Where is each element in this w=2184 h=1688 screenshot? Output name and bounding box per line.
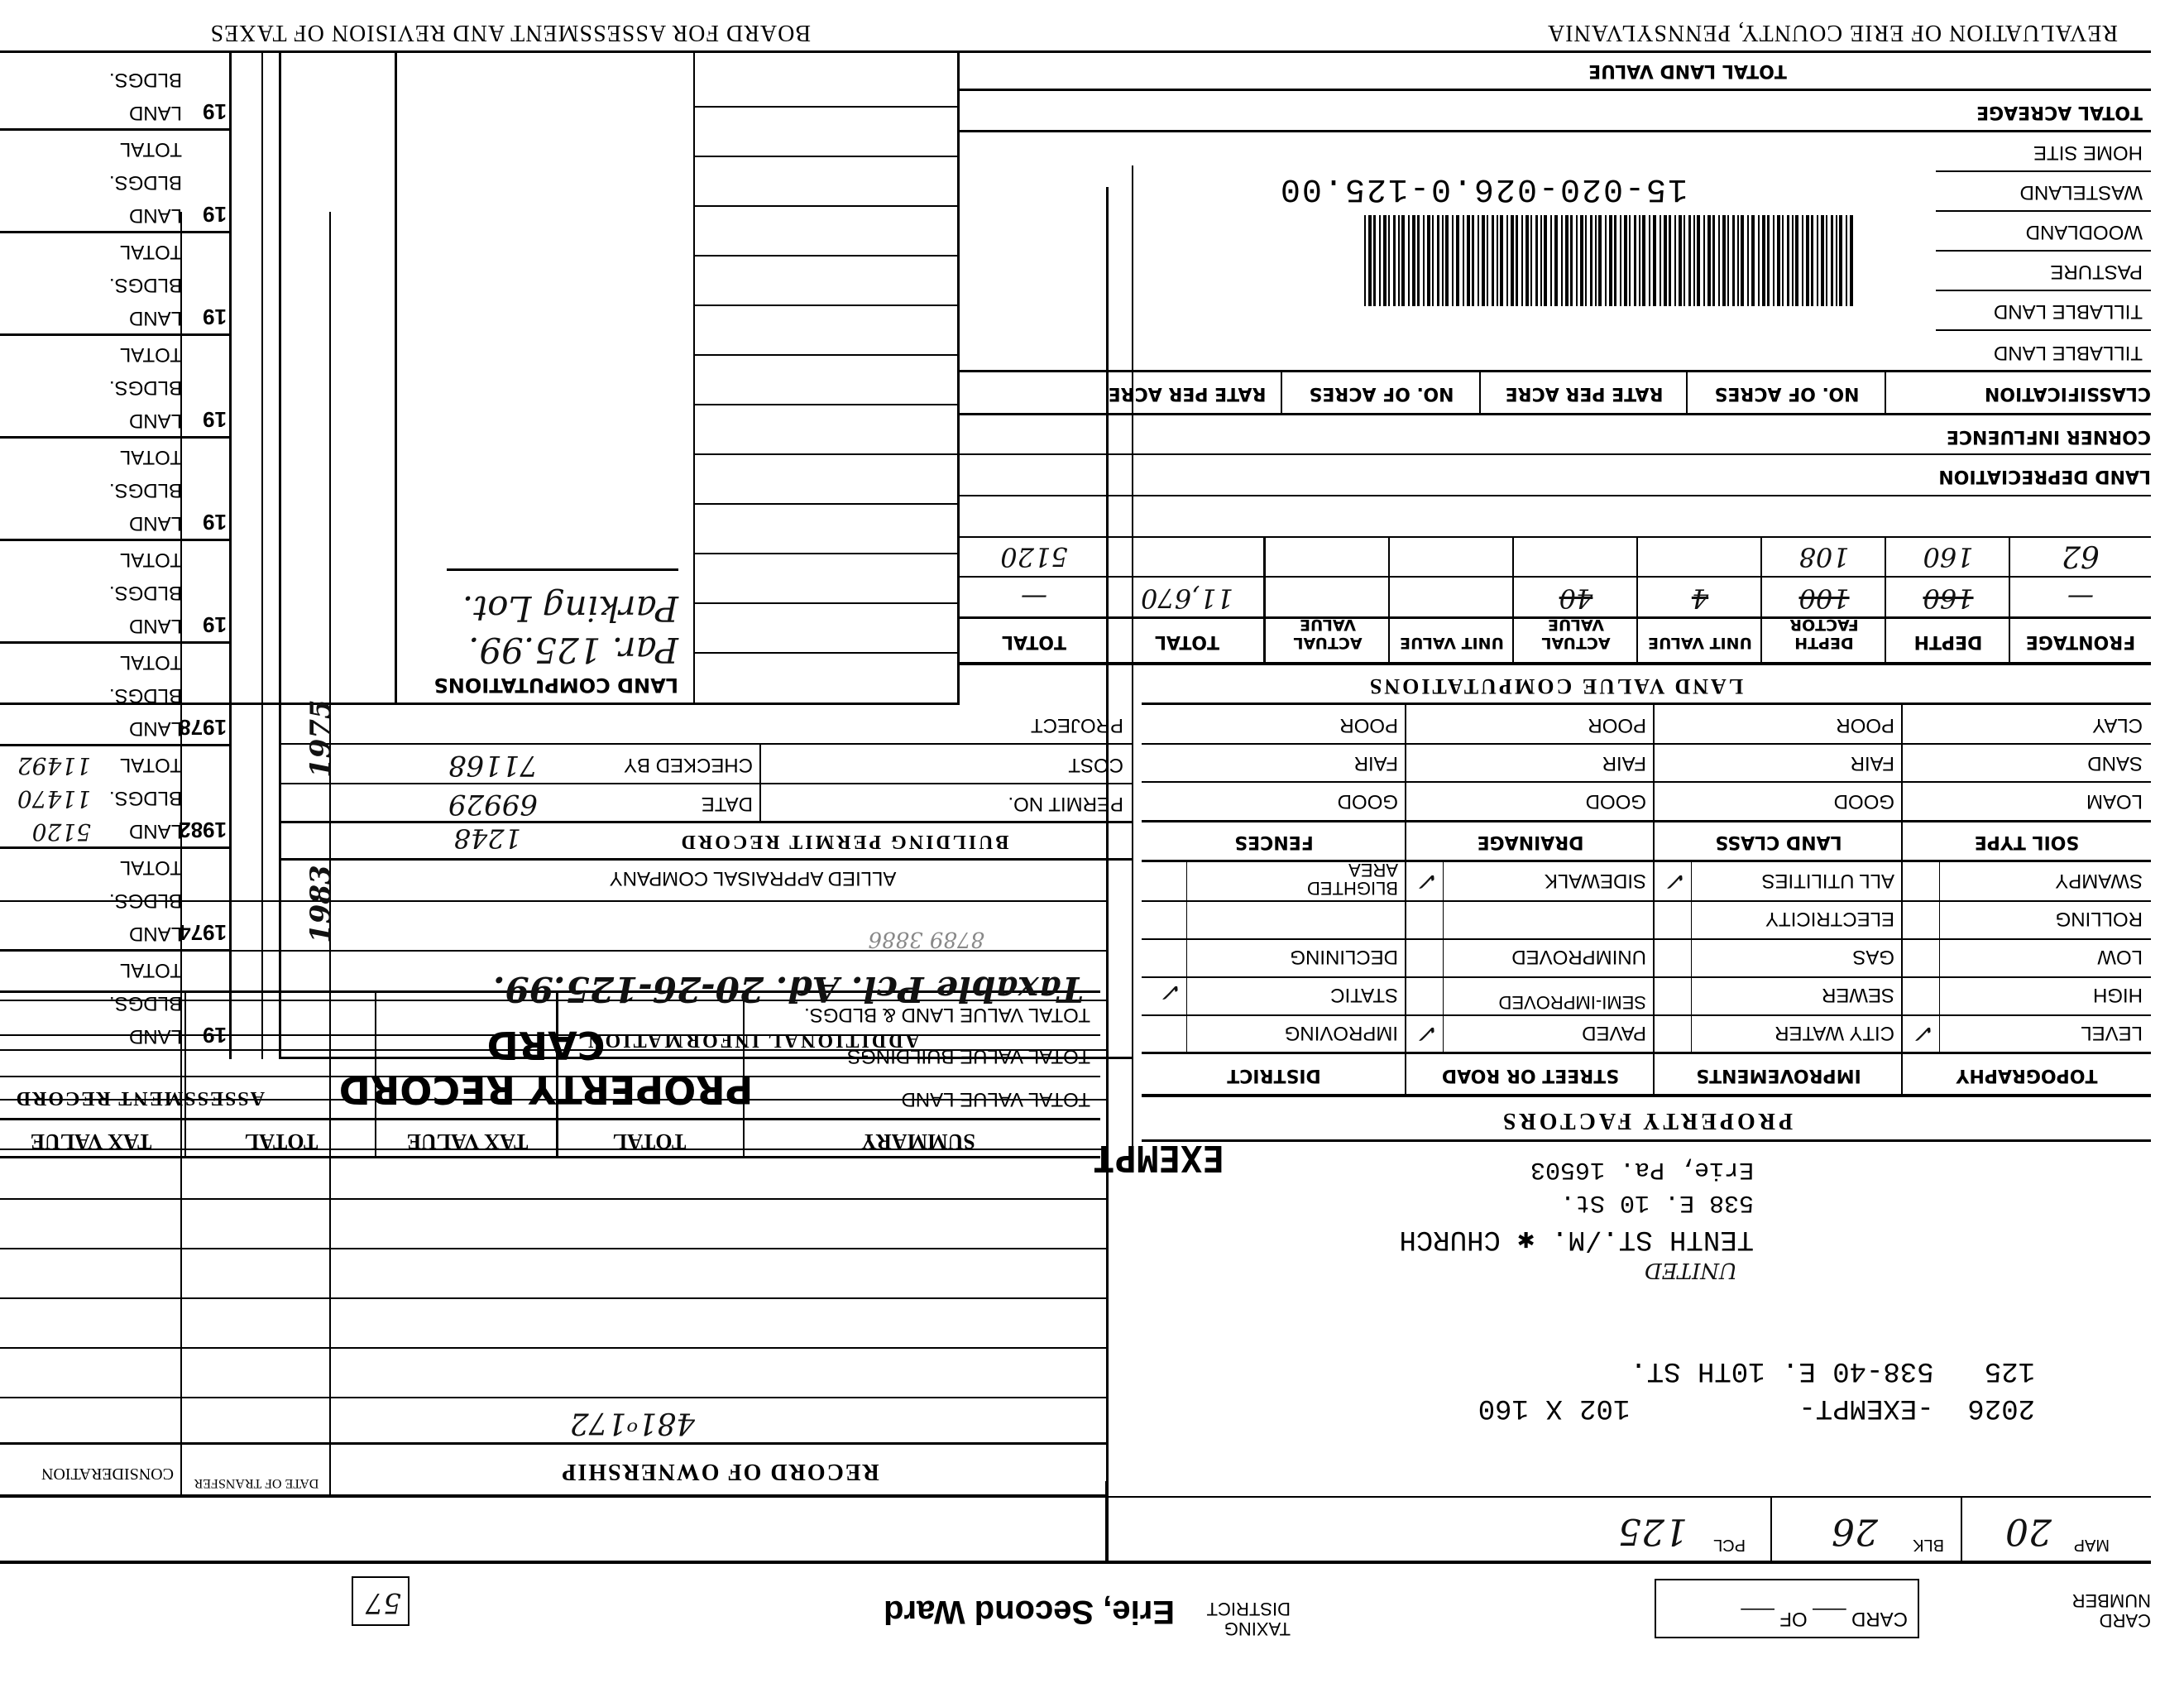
parcel-ref-row: MAP 20 BLK 26 PCL 125 xyxy=(1133,1498,2151,1561)
pf-soil-loam: LOAM xyxy=(2086,789,2143,813)
assessment-label-bldgs: BLDGS. xyxy=(109,376,182,399)
pf-topo-swampy: SWAMPY xyxy=(2055,869,2143,892)
pf-drainage-fair: FAIR xyxy=(1602,751,1646,774)
pf-district-blighted: BLIGHTED AREA xyxy=(1266,861,1398,897)
pf-topo-high: HIGH xyxy=(2093,983,2143,1006)
date-of-transfer-label: DATE OF TRANSFER xyxy=(186,1475,327,1491)
additional-info-title: ADDITIONAL INFORMATION xyxy=(397,1029,1109,1051)
pf-imp-electricity: ELECTRICITY xyxy=(1765,907,1894,930)
owner-name: TENTH ST./M. ✱ CHURCH xyxy=(1399,1223,1754,1258)
pf-street-sidewalk: SIDEWALK xyxy=(1545,869,1646,892)
assessment-year-group: 19 LAND BLDGS. TOTAL xyxy=(0,336,232,435)
summary-title: SUMMARY xyxy=(745,1129,1092,1153)
summary-row-land: TOTAL VALUE LAND xyxy=(901,1087,1090,1110)
pf-header-street: STREET OR ROAD xyxy=(1406,1065,1655,1086)
owner-line-1: 2026 -EXEMPT- 102 X 160 xyxy=(1478,1392,2035,1423)
assessment-label-land: LAND xyxy=(129,717,182,740)
lv-r2-depth: 160 xyxy=(1886,541,2010,573)
classification-label: CLASSIFICATION xyxy=(1985,383,2151,404)
lc-row-home-site: HOME SITE xyxy=(2033,141,2143,164)
lv-col-total-2: TOTAL xyxy=(960,631,1109,652)
lv-col-actual-value-2: ACTUAL VALUE xyxy=(1266,616,1390,652)
pf-drainage-good: GOOD xyxy=(1586,789,1646,813)
lv-col-depth-factor: DEPTH FACTOR xyxy=(1762,616,1886,652)
pf-district-declining: DECLINING xyxy=(1290,945,1398,968)
assessment-label-land: LAND xyxy=(129,409,182,432)
land-computations-box: LAND COMPUTATIONS Par. 125.99. Parking L… xyxy=(331,513,695,703)
lc-col-acres-1: NO. OF ACRES xyxy=(1688,383,1886,404)
lc-col-rate-2: RATE PER ACRE xyxy=(1092,383,1282,404)
assessment-bldgs-value: 11470 xyxy=(17,785,91,813)
assessment-year-group: 1974 LAND BLDGS. TOTAL xyxy=(0,849,232,948)
assessment-label-land: LAND xyxy=(129,511,182,535)
additional-info-note: Taxable Pcl. Ad. 20-26-125.99. xyxy=(493,969,1084,1009)
taxing-district-label: TAXING DISTRICT xyxy=(1166,1599,1291,1638)
blk-label: BLK xyxy=(1913,1535,1944,1554)
pf-landclass-fair: FAIR xyxy=(1851,751,1894,774)
assessment-land-value: 5120 xyxy=(32,818,91,846)
summary-col-total-2: TOTAL xyxy=(190,1129,372,1153)
assessment-label-total: TOTAL xyxy=(120,548,182,571)
assessment-year-group: 19 LAND BLDGS. xyxy=(0,53,232,127)
district-code-box: 57 xyxy=(352,1576,409,1626)
assessment-label-land: LAND xyxy=(129,614,182,637)
pf-landclass-good: GOOD xyxy=(1834,789,1894,813)
lv-r1-unit-value: 4 xyxy=(1638,583,1762,614)
date-label: DATE xyxy=(702,792,753,815)
checked-by-label: CHECKED BY xyxy=(624,753,753,776)
map-label: MAP xyxy=(2074,1535,2110,1554)
project-label: PROJECT xyxy=(1031,713,1123,736)
permit-value: 1248 xyxy=(454,822,521,854)
assessment-label-bldgs: BLDGS. xyxy=(109,786,182,809)
owner-handwritten-note: UNITED xyxy=(1645,1258,1737,1283)
lc-row-woodland: WOODLAND xyxy=(2026,220,2143,243)
owner-line-2: 125 538-40 E. 10TH ST. xyxy=(1630,1355,2035,1386)
card-title-block: PROPERTY RECORD CARD xyxy=(281,1059,811,1117)
building-permit-title: BUILDING PERMIT RECORD xyxy=(579,830,1109,852)
assessment-label-bldgs: BLDGS. xyxy=(109,273,182,296)
assessment-label-land: LAND xyxy=(129,101,182,124)
check-sidewalk: ✓ xyxy=(1419,866,1439,895)
assessment-year-group: 1982 LAND 5120 BLDGS. 11470 TOTAL 11492 xyxy=(0,746,232,846)
pf-header-improvements: IMPROVEMENTS xyxy=(1655,1065,1903,1086)
pf-header-fences: FENCES xyxy=(1142,832,1406,852)
map-value: 20 xyxy=(2005,1510,2052,1552)
assessment-label-total: TOTAL xyxy=(120,343,182,366)
assessment-label-bldgs: BLDGS. xyxy=(109,170,182,194)
assessment-label-land: LAND xyxy=(129,1024,182,1048)
check-level: ✓ xyxy=(1915,1019,1936,1048)
assessment-year: 19 xyxy=(203,611,227,637)
pf-header-soil-type: SOIL TYPE xyxy=(1903,832,2151,852)
property-record-card: CARD NUMBER CARD ___ OF ___ TAXING DISTR… xyxy=(0,0,2184,1688)
corner-influence-label: CORNER INFLUENCE xyxy=(1947,426,2151,447)
ownership-entry: 481ᵒ172 xyxy=(570,1406,695,1440)
pf-landclass-poor: POOR xyxy=(1836,713,1894,736)
lv-r1-depth-factor: 100 xyxy=(1762,583,1886,614)
cost-label: COST xyxy=(1068,753,1123,776)
date-value: 69929 xyxy=(448,788,538,821)
lc-row-wasteland: WASTELAND xyxy=(2020,180,2143,204)
blk-value: 26 xyxy=(1832,1510,1878,1552)
land-depreciation-label: LAND DEPRECIATION xyxy=(1938,466,2151,487)
exempt-stamp: EXEMPT xyxy=(1093,1137,1224,1179)
assessment-year-group: 19 LAND BLDGS. TOTAL xyxy=(0,131,232,230)
lv-r2-total-2: 5120 xyxy=(960,541,1109,573)
pf-header-district: DISTRICT xyxy=(1142,1065,1406,1086)
property-factors-title: PROPERTY FACTORS xyxy=(1142,1107,2151,1134)
assessment-side-mark-1975: 1975 xyxy=(304,699,338,778)
total-land-value-label: TOTAL LAND VALUE xyxy=(1439,60,1936,81)
assessment-label-land: LAND xyxy=(129,819,182,842)
assessment-year-group: 19 LAND BLDGS. TOTAL xyxy=(0,233,232,333)
pf-fences-poor: POOR xyxy=(1339,713,1398,736)
pf-topo-rolling: ROLLING xyxy=(2056,907,2143,930)
assessment-label-land: LAND xyxy=(129,204,182,227)
pf-soil-sand: SAND xyxy=(2087,751,2143,774)
lv-r2-frontage: 62 xyxy=(2010,539,2151,573)
assessment-year: 19 xyxy=(203,304,227,329)
pf-street-semi-improved: SEMI-IMPROVED xyxy=(1497,993,1646,1011)
pf-soil-clay: CLAY xyxy=(2092,713,2143,736)
pf-street-unimproved: UNIMPROVED xyxy=(1511,945,1646,968)
assessment-label-land: LAND xyxy=(129,306,182,329)
revaluation-title: REVALUATION OF ERIE COUNTY, PENNSYLVANIA xyxy=(1547,19,2118,46)
assessment-year-group: 19 LAND BLDGS. TOTAL xyxy=(0,952,232,1051)
consideration-label: CONSIDERATION xyxy=(0,1464,174,1483)
lc-row-pasture: PASTURE xyxy=(2050,260,2143,283)
lv-r1-total-2: — xyxy=(960,583,1109,614)
land-computations-note-2: Parking Lot. xyxy=(462,588,678,629)
land-computations-note-1: Par. 125.99. xyxy=(468,630,678,670)
assessment-year: 19 xyxy=(203,1022,227,1048)
card-of-label: CARD ___ OF ___ xyxy=(1741,1607,1908,1630)
assessment-record-title: ASSESSMENT RECORD xyxy=(15,1086,265,1109)
summary-col-tax-value: TAX VALUE xyxy=(381,1129,554,1153)
assessment-label-total: TOTAL xyxy=(120,650,182,674)
owner-city: Erie, Pa. 16503 xyxy=(1530,1155,1754,1183)
additional-info-faint: 8789 3886 xyxy=(868,927,984,952)
taxing-district-value: Erie, Second Ward xyxy=(884,1593,1175,1630)
assessment-year: 19 xyxy=(203,509,227,535)
pf-topo-level: LEVEL xyxy=(2081,1021,2143,1044)
pf-imp-sewer: SEWER xyxy=(1822,983,1894,1006)
lc-col-acres-2: NO. OF ACRES xyxy=(1282,383,1481,404)
card-of-box: CARD ___ OF ___ xyxy=(1655,1579,1919,1638)
check-all-utilities: ✓ xyxy=(1667,866,1688,895)
summary-col-total: TOTAL xyxy=(563,1129,736,1153)
assessment-year-group: 19 LAND BLDGS. TOTAL xyxy=(0,541,232,640)
lv-col-frontage: FRONTAGE xyxy=(2010,631,2151,652)
assessment-total-value: 11492 xyxy=(17,752,91,779)
lv-r1-frontage: — xyxy=(2010,583,2151,614)
assessment-label-total: TOTAL xyxy=(120,240,182,263)
assessment-label-bldgs: BLDGS. xyxy=(109,581,182,604)
assessment-label-total: TOTAL xyxy=(120,753,182,776)
lv-col-unit-value: UNIT VALUE xyxy=(1638,634,1762,652)
assessment-label-bldgs: BLDGS. xyxy=(109,889,182,912)
lv-r1-actual-value: 40 xyxy=(1514,583,1638,614)
pf-district-static: STATIC xyxy=(1330,983,1398,1006)
check-paved: ✓ xyxy=(1419,1019,1439,1048)
assessment-label-total: TOTAL xyxy=(120,445,182,468)
pf-header-land-class: LAND CLASS xyxy=(1655,832,1903,852)
assessment-label-total: TOTAL xyxy=(120,856,182,879)
assessment-label-bldgs: BLDGS. xyxy=(109,991,182,1014)
pf-imp-all-utilities: ALL UTILITIES xyxy=(1762,869,1895,892)
card-number-label: CARD NUMBER xyxy=(2068,1590,2151,1630)
pcl-value: 125 xyxy=(1618,1510,1688,1552)
pf-district-improving: IMPROVING xyxy=(1285,1021,1398,1044)
assessment-year: 1974 xyxy=(179,919,227,945)
assessment-label-land: LAND xyxy=(129,922,182,945)
lv-r2-depth-factor: 108 xyxy=(1762,541,1886,573)
lc-row-tillable-1: TILLABLE LAND xyxy=(1994,300,2143,323)
pf-fences-fair: FAIR xyxy=(1354,751,1398,774)
checked-by-value: 71168 xyxy=(448,749,538,782)
lv-col-depth: DEPTH xyxy=(1886,631,2010,652)
pf-street-paved: PAVED xyxy=(1582,1021,1646,1044)
pf-topo-low: LOW xyxy=(2097,945,2143,968)
land-value-table: FRONTAGE DEPTH DEPTH FACTOR UNIT VALUE A… xyxy=(960,505,2151,662)
land-computations-title: LAND COMPUTATIONS xyxy=(434,674,679,697)
district-code-value: 57 xyxy=(366,1586,401,1619)
permit-no-label: PERMIT NO. xyxy=(1008,792,1123,815)
assessment-label-bldgs: BLDGS. xyxy=(109,68,182,91)
assessment-year: 1978 xyxy=(179,714,227,740)
board-title: BOARD FOR ASSESSMENT AND REVISION OF TAX… xyxy=(210,19,811,46)
lv-r1-depth: 160 xyxy=(1886,583,2010,614)
lv-col-actual-value: ACTUAL VALUE xyxy=(1514,616,1638,652)
assessment-side-mark-1983: 1983 xyxy=(304,865,338,943)
check-static: ✓ xyxy=(1162,977,1183,1006)
assessment-label-bldgs: BLDGS. xyxy=(109,478,182,501)
lv-r1-total: 11,670 xyxy=(1109,583,1266,614)
pf-imp-city-water: CITY WATER xyxy=(1774,1021,1894,1044)
assessment-label-total: TOTAL xyxy=(120,137,182,161)
owner-address: 538 E. 10 St. xyxy=(1560,1188,1754,1216)
ownership-title: RECORD OF OWNERSHIP xyxy=(331,1458,1109,1484)
appraisal-company: ALLIED APPRAISAL COMPANY xyxy=(397,866,1109,890)
assessment-year: 1982 xyxy=(179,817,227,842)
summary-col-tax-value-2: TAX VALUE xyxy=(0,1129,182,1153)
assessment-label-total: TOTAL xyxy=(120,958,182,981)
lc-row-tillable-2: TILLABLE LAND xyxy=(1994,341,2143,364)
lv-col-unit-value-2: UNIT VALUE xyxy=(1390,634,1514,652)
lv-col-total: TOTAL xyxy=(1109,631,1266,652)
pf-drainage-poor: POOR xyxy=(1588,713,1646,736)
pf-fences-good: GOOD xyxy=(1338,789,1398,813)
pf-header-drainage: DRAINAGE xyxy=(1406,832,1655,852)
assessment-label-bldgs: BLDGS. xyxy=(109,683,182,707)
lc-col-rate-1: RATE PER ACRE xyxy=(1481,383,1688,404)
assessment-year: 19 xyxy=(203,406,227,432)
barcode xyxy=(1191,215,1853,306)
assessment-year-group: 1978 LAND BLDGS. TOTAL xyxy=(0,644,232,743)
land-value-computations-title: LAND VALUE COMPUTATIONS xyxy=(960,674,2151,698)
total-acreage-label: TOTAL ACREAGE xyxy=(1976,102,2143,122)
assessment-year-group: 19 LAND BLDGS. TOTAL xyxy=(0,439,232,538)
pcl-label: PCL xyxy=(1713,1535,1746,1554)
pf-imp-gas: GAS xyxy=(1852,945,1894,968)
ownership-header: RECORD OF OWNERSHIP DATE OF TRANSFER CON… xyxy=(0,1445,1109,1494)
pf-header-topography: TOPOGRAPHY xyxy=(1903,1065,2151,1086)
parcel-id: 15-020-026.0-125.00 xyxy=(1279,170,1688,207)
assessment-year: 19 xyxy=(203,98,227,124)
assessment-year: 19 xyxy=(203,201,227,227)
